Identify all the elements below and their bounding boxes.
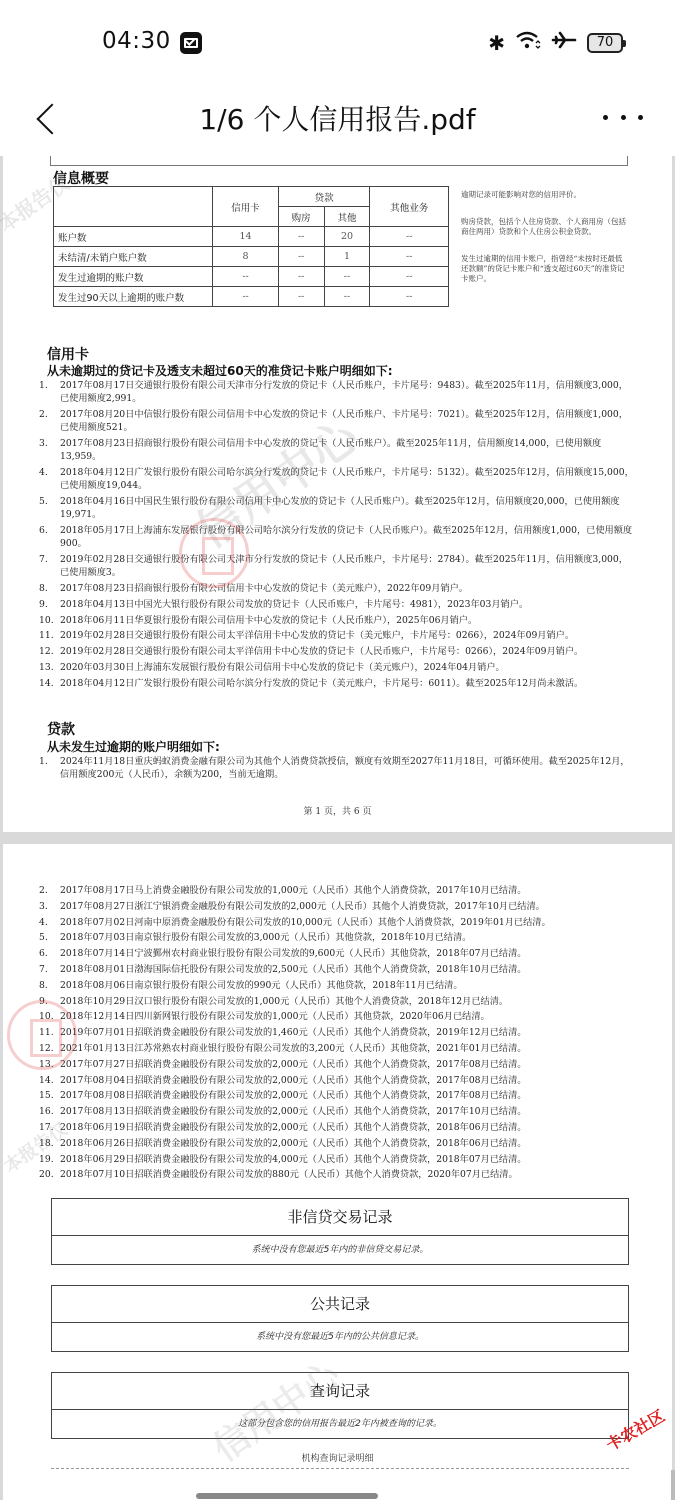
pdf-page-1: 信息概要 信用卡 贷款 其他业务 购房 其他 账户数 14 -- 20 -- 未… bbox=[3, 156, 672, 832]
document-title: 1/6 个人信用报告.pdf bbox=[0, 98, 675, 138]
list-item: 12.2021年01月13日江苏常熟农村商业银行股份有限公司发放的3,200元（… bbox=[39, 1042, 634, 1055]
list-item: 4.2018年07月02日河南中原消费金融股份有限公司发放的10,000元（人民… bbox=[39, 916, 634, 929]
airplane-icon bbox=[551, 30, 577, 55]
horizontal-scrollbar-thumb[interactable] bbox=[196, 1493, 378, 1499]
wifi-icon bbox=[515, 30, 541, 55]
cell-other-business: -- bbox=[370, 267, 449, 287]
header-other-business: 其他业务 bbox=[370, 187, 449, 227]
non-credit-records-body: 系统中没有您最近5年内的非信贷交易记录。 bbox=[52, 1236, 628, 1264]
list-item: 18.2018年06月26日招联消费金融股份有限公司发放的2,000元（人民币）… bbox=[39, 1137, 634, 1150]
table-row: 账户数 14 -- 20 -- bbox=[54, 227, 449, 247]
list-item: 5.2018年04月16日中国民生银行股份有限公司信用卡中心发放的贷记卡（人民币… bbox=[39, 495, 634, 521]
list-item: 6.2018年05月17日上海浦东发展银行股份有限公司哈尔滨分行发放的贷记卡（人… bbox=[39, 524, 634, 550]
list-item: 14.2017年08月04日招联消费金融股份有限公司发放的2,000元（人民币）… bbox=[39, 1074, 634, 1087]
list-item: 10.2018年06月11日华夏银行股份有限公司信用卡中心发放的贷记卡（人民币账… bbox=[39, 614, 634, 627]
list-item: 14.2018年04月12日广发银行股份有限公司哈尔滨分行发放的贷记卡（美元账户… bbox=[39, 677, 634, 690]
list-item: 16.2017年08月13日招联消费金融股份有限公司发放的2,000元（人民币）… bbox=[39, 1105, 634, 1118]
cell-credit-card: -- bbox=[213, 287, 278, 307]
non-credit-records-box: 非信贷交易记录 系统中没有您最近5年内的非信贷交易记录。 bbox=[51, 1198, 629, 1265]
list-item: 19.2018年06月29日招联消费金融股份有限公司发放的4,000元（人民币）… bbox=[39, 1153, 634, 1166]
row-label: 未结清/未销户账户数 bbox=[54, 247, 213, 267]
loan-title: 贷款 bbox=[47, 719, 75, 739]
dotted-divider bbox=[51, 1468, 629, 1469]
list-item: 20.2018年07月10日招联消费金融股份有限公司发放的880元（人民币）其他… bbox=[39, 1168, 634, 1181]
cell-house: -- bbox=[278, 247, 324, 267]
public-records-title: 公共记录 bbox=[52, 1286, 628, 1323]
list-item: 9.2018年10月29日汉口银行股份有限公司发放的1,000元（人民币）其他个… bbox=[39, 995, 634, 1008]
query-records-title: 查询记录 bbox=[52, 1373, 628, 1410]
cell-credit-card: 14 bbox=[213, 227, 278, 247]
list-item: 3.2017年08月27日浙江宁银消费金融股份有限公司发放的2,000元（人民币… bbox=[39, 900, 634, 913]
note-overdue-card: 发生过逾期的信用卡账户，指曾经“未按时还最低还款额”的贷记卡账户和“透支超过60… bbox=[461, 254, 626, 284]
cell-other-business: -- bbox=[370, 247, 449, 267]
list-item: 12.2019年02月28日交通银行股份有限公司太平洋信用卡中心发放的贷记卡（人… bbox=[39, 645, 634, 658]
loan-subtitle: 从未发生过逾期的账户明细如下: bbox=[47, 738, 220, 755]
non-credit-records-title: 非信贷交易记录 bbox=[52, 1199, 628, 1236]
summary-notes: 逾期记录可能影响对您的信用评价。 购房贷款，包括个人住房贷款、个人商用房（包括商… bbox=[461, 190, 626, 301]
status-icons: ✱ 70 bbox=[488, 30, 623, 55]
list-item: 13.2017年07月27日招联消费金融股份有限公司发放的2,000元（人民币）… bbox=[39, 1058, 634, 1071]
pdf-page-2: 2.2017年08月17日马上消费金融股份有限公司发放的1,000元（人民币）其… bbox=[3, 844, 672, 1500]
row-label: 账户数 bbox=[54, 227, 213, 247]
list-item: 8.2018年08月06日南京银行股份有限公司发放的990元（人民币）其他贷款，… bbox=[39, 979, 634, 992]
list-item: 13.2020年03月30日上海浦东发展银行股份有限公司信用卡中心发放的贷记卡（… bbox=[39, 661, 634, 674]
table-row: 发生过逾期的账户数 -- -- -- -- bbox=[54, 267, 449, 287]
public-records-box: 公共记录 系统中没有您最近5年内的公共信息记录。 bbox=[51, 1285, 629, 1352]
cell-house: -- bbox=[278, 267, 324, 287]
cell-house: -- bbox=[278, 287, 324, 307]
cell-credit-card: -- bbox=[213, 267, 278, 287]
status-bar: 04:30 ✱ 70 bbox=[0, 0, 675, 88]
list-item: 9.2018年04月13日中国光大银行股份有限公司发放的贷记卡（人民币账户，卡片… bbox=[39, 598, 634, 611]
list-item: 11.2019年07月01日招联消费金融股份有限公司发放的1,460元（人民币）… bbox=[39, 1026, 634, 1039]
list-item: 1.2017年08月17日交通银行股份有限公司天津市分行发放的贷记卡（人民币账户… bbox=[39, 379, 634, 405]
loan-list: 1.2024年11月18日重庆蚂蚁消费金融有限公司为其他个人消费贷款授信，额度有… bbox=[39, 755, 634, 784]
list-item: 17.2018年06月19日招联消费金融股份有限公司发放的2,000元（人民币）… bbox=[39, 1121, 634, 1134]
header-credit-card: 信用卡 bbox=[213, 187, 278, 227]
pdf-viewer[interactable]: 信息概要 信用卡 贷款 其他业务 购房 其他 账户数 14 -- 20 -- 未… bbox=[0, 156, 675, 1500]
summary-title: 信息概要 bbox=[53, 168, 109, 188]
list-item: 8.2017年08月23日招商银行股份有限公司信用卡中心发放的贷记卡（美元账户）… bbox=[39, 582, 634, 595]
battery-icon: 70 bbox=[587, 33, 623, 53]
page-footer: 第 1 页，共 6 页 bbox=[3, 804, 672, 817]
list-item: 5.2018年07月03日南京银行股份有限公司发放的3,000元（人民币）其他贷… bbox=[39, 931, 634, 944]
list-item: 10.2018年12月14日四川新网银行股份有限公司发放的1,000元（人民币）… bbox=[39, 1010, 634, 1023]
query-records-body: 这部分包含您的信用报告最近2年内被查询的记录。 bbox=[52, 1410, 628, 1438]
cell-other-business: -- bbox=[370, 287, 449, 307]
header-loan-other: 其他 bbox=[324, 207, 370, 227]
credit-card-subtitle: 从未逾期过的贷记卡及透支未超过60天的准贷记卡账户明细如下: bbox=[47, 362, 393, 379]
summary-table: 信用卡 贷款 其他业务 购房 其他 账户数 14 -- 20 -- 未结清/未销… bbox=[53, 186, 449, 307]
query-records-box: 查询记录 这部分包含您的信用报告最近2年内被查询的记录。 bbox=[51, 1372, 629, 1439]
row-label: 发生过逾期的账户数 bbox=[54, 267, 213, 287]
cell-other: -- bbox=[324, 267, 370, 287]
list-item: 2.2017年08月17日马上消费金融股份有限公司发放的1,000元（人民币）其… bbox=[39, 884, 634, 897]
vertical-scrollbar[interactable] bbox=[671, 1470, 675, 1500]
list-item: 7.2019年02月28日交通银行股份有限公司天津市分行发放的贷记卡（人民币账户… bbox=[39, 553, 634, 579]
summary-header-empty bbox=[54, 187, 213, 227]
mail-icon bbox=[180, 32, 202, 54]
previous-section-box bbox=[50, 156, 628, 166]
institution-query-caption: 机构查询记录明细 bbox=[3, 1451, 672, 1464]
list-item: 4.2018年04月12日广发银行股份有限公司哈尔滨分行发放的贷记卡（人民币账户… bbox=[39, 466, 634, 492]
note-overdue: 逾期记录可能影响对您的信用评价。 bbox=[461, 190, 626, 200]
cell-other-business: -- bbox=[370, 227, 449, 247]
row-label: 发生过90天以上逾期的账户数 bbox=[54, 287, 213, 307]
status-time: 04:30 bbox=[102, 28, 171, 54]
list-item: 6.2018年07月14日宁波鄞州农村商业银行股份有限公司发放的9,600元（人… bbox=[39, 947, 634, 960]
list-item: 2.2017年08月20日中信银行股份有限公司信用卡中心发放的贷记卡（人民币账户… bbox=[39, 408, 634, 434]
list-item: 11.2019年02月28日交通银行股份有限公司太平洋信用卡中心发放的贷记卡（美… bbox=[39, 629, 634, 642]
note-house-loan: 购房贷款，包括个人住房贷款、个人商用房（包括商住两用）贷款和个人住房公积金贷款。 bbox=[461, 217, 626, 237]
cell-other: 20 bbox=[324, 227, 370, 247]
title-bar: 1/6 个人信用报告.pdf bbox=[0, 88, 675, 156]
table-row: 发生过90天以上逾期的账户数 -- -- -- -- bbox=[54, 287, 449, 307]
credit-card-title: 信用卡 bbox=[47, 344, 89, 364]
cell-other: 1 bbox=[324, 247, 370, 267]
cell-other: -- bbox=[324, 287, 370, 307]
cell-credit-card: 8 bbox=[213, 247, 278, 267]
list-item: 3.2017年08月23日招商银行股份有限公司信用卡中心发放的贷记卡（人民币账户… bbox=[39, 437, 634, 463]
list-item: 1.2024年11月18日重庆蚂蚁消费金融有限公司为其他个人消费贷款授信，额度有… bbox=[39, 755, 634, 781]
cell-house: -- bbox=[278, 227, 324, 247]
table-row: 未结清/未销户账户数 8 -- 1 -- bbox=[54, 247, 449, 267]
list-item: 15.2017年08月08日招联消费金融股份有限公司发放的2,000元（人民币）… bbox=[39, 1089, 634, 1102]
loan-list-continued: 2.2017年08月17日马上消费金融股份有限公司发放的1,000元（人民币）其… bbox=[39, 884, 634, 1184]
more-horizontal-icon[interactable] bbox=[603, 102, 643, 132]
public-records-body: 系统中没有您最近5年内的公共信息记录。 bbox=[52, 1323, 628, 1351]
header-loan: 贷款 bbox=[278, 187, 370, 207]
credit-card-list: 1.2017年08月17日交通银行股份有限公司天津市分行发放的贷记卡（人民币账户… bbox=[39, 379, 634, 693]
list-item: 7.2018年08月01日渤海国际信托股份有限公司发放的2,500元（人民币）其… bbox=[39, 963, 634, 976]
bluetooth-icon: ✱ bbox=[488, 31, 505, 55]
header-loan-house: 购房 bbox=[278, 207, 324, 227]
